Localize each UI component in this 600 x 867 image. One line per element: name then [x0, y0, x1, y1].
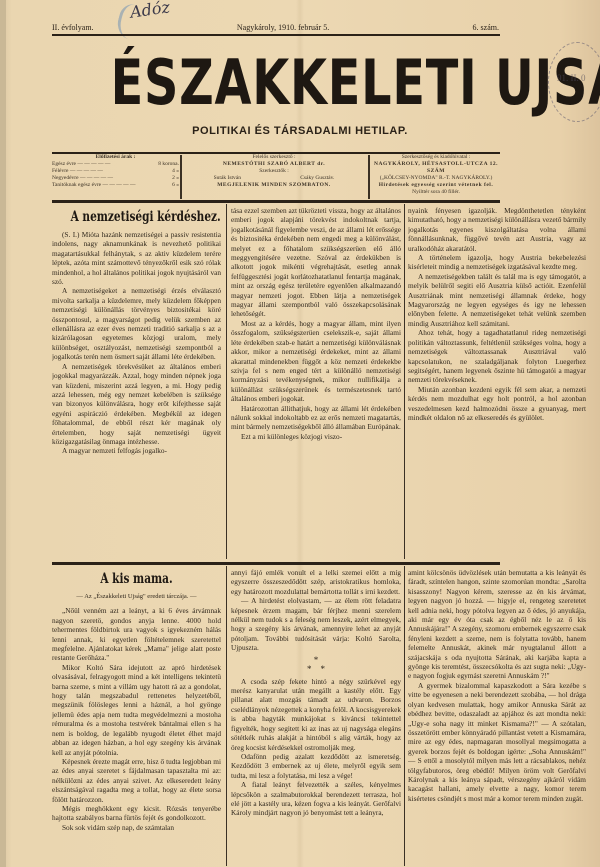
stamp-text: 91. II. 0 — [557, 73, 586, 83]
newspaper-page: Adóz II. évfolyam. Nagykároly, 1910. feb… — [0, 0, 600, 867]
paragraph: — A hirdetést elolvastam, — az élem rött… — [231, 596, 401, 652]
paragraph: amint kölcsönös üdvözlések után bemutatt… — [408, 568, 586, 681]
article-separator — [52, 562, 500, 565]
paragraph: „Nőül venném azt a leányt, a ki 6 éves á… — [52, 606, 221, 662]
paragraph: A gyermek bizalommal kapaszkodott a Sára… — [408, 681, 586, 803]
editor-name: NEMESTÓTHI SZABÓ ALBERT dr. — [184, 161, 364, 168]
paragraph: A magyar nemzeti felfogás jogalko- — [52, 446, 221, 455]
article2-column-3: amint kölcsönös üdvözlések után bemutatt… — [408, 568, 586, 863]
paragraph: (S. I.) Mióta hazánk nemzetiségei a pass… — [52, 230, 221, 286]
paragraph: A nemzetiségeket a nemzetiségi érzés elv… — [52, 286, 221, 361]
column-divider — [226, 566, 227, 866]
paragraph: Sok sok vidám szép nap, de számtalan — [52, 823, 221, 832]
paragraph: Miután azonban kezdeni egyik fél sem aka… — [408, 385, 586, 423]
paragraph: A történelem igazolja, hogy Austria beke… — [408, 253, 586, 272]
paragraph: Mikor Koltó Sára idejutott az apró hirde… — [52, 663, 221, 757]
paragraph: A nemzetiségek törekvésüket az általános… — [52, 362, 221, 447]
handwritten-signature: Adóz — [129, 0, 171, 22]
price-label: Félévre — — — — — — [52, 168, 103, 175]
divider — [368, 155, 370, 199]
column-divider — [404, 204, 405, 559]
editor-role: Felelős szerkesztő : — [184, 154, 364, 161]
price-row: Tanitóknak egész évre — — — — —6 » — [52, 182, 179, 189]
paragraph: Odafönn pedig azalatt kezdődött az ismer… — [231, 752, 401, 780]
volume-label: II. évfolyam. — [52, 23, 94, 32]
section-break-asterisks: ** * — [231, 656, 401, 674]
dateline-rule — [52, 34, 500, 36]
article2-subheading: — Az „Északkeleti Ujság" eredeti tárczáj… — [52, 592, 221, 601]
paragraph: tása ezzel szemben azt tükrözteti vissza… — [231, 206, 401, 319]
paragraph: Ahoz tehát, hogy a tagadhatatlanul rideg… — [408, 328, 586, 384]
dateline: II. évfolyam. Nagykároly, 1910. február … — [52, 23, 499, 32]
publication-schedule: MEGJELENIK MINDEN SZOMBATON. — [184, 182, 364, 189]
office-box: Szerkesztőség és kiadóhivatal : NAGYKÁRO… — [372, 154, 500, 200]
price-value: 4 » — [172, 168, 179, 175]
paragraph: Ezt a mi különleges közjogi viszo- — [231, 432, 401, 441]
header-rule-bottom — [52, 200, 500, 203]
paragraph: annyi fájó emlék vonult el a lelki szeme… — [231, 568, 401, 596]
subscription-box: Előfizetési árak : Egész évre — — — — —8… — [52, 154, 179, 200]
price-row: Félévre — — — — —4 » — [52, 168, 179, 175]
column-divider — [404, 566, 405, 866]
divider — [180, 155, 182, 199]
article1-headline: A nemzetiségi kérdéshez. — [71, 208, 203, 226]
paragraph: Mégis meghökkent egy kicsit. Rózsás teny… — [52, 804, 221, 823]
masthead-title: ÉSZAKKELETI UJSÁG. — [111, 50, 450, 116]
paragraph: nyaink fényesen igazolják. Megdönthetetl… — [408, 206, 586, 253]
article1-column-3: nyaink fényesen igazolják. Megdönthetetl… — [408, 206, 586, 556]
nyilter-price: Nyilttér sora 40 fillér. — [372, 189, 500, 196]
price-value: 2 » — [172, 175, 179, 182]
article2-column-1: A kis mama. — Az „Északkeleti Ujság" ere… — [52, 568, 221, 863]
article1-column-1: A nemzetiségi kérdéshez. (S. I.) Mióta h… — [52, 206, 221, 556]
issue-number: 6. szám. — [473, 23, 499, 32]
staff-role: Szerkesztők : — [184, 168, 364, 175]
place-date: Nagykároly, 1910. február 5. — [237, 23, 329, 32]
staff-member: Csáky Gusztáv. — [300, 175, 334, 182]
paragraph: Határozottan állithatjuk, hogy az állami… — [231, 404, 401, 432]
subscription-title: Előfizetési árak : — [52, 154, 179, 161]
page-edge — [0, 0, 6, 867]
price-label: Negyedévre — — — — — — [52, 175, 113, 182]
paragraph: A fiatal leányt felvezették a széles, ké… — [231, 780, 401, 818]
article1-column-2: tása ezzel szemben azt tükrözteti vissza… — [231, 206, 401, 556]
staff-member: Suták István — [214, 175, 241, 182]
price-value: 6 » — [172, 182, 179, 189]
paragraph: A nemzetiségekben talált és talál ma is … — [408, 272, 586, 328]
price-label: Egész évre — — — — — — [52, 161, 110, 168]
price-row: Negyedévre — — — — —2 » — [52, 175, 179, 182]
paragraph: A csoda szép fekete hintó a négy szürkév… — [231, 677, 401, 752]
printer-name: („KÖLCSEY-NYOMDA" R.-T. NAGYKÁROLY.) — [372, 175, 500, 182]
article2-column-2: annyi fájó emlék vonult el a lelki szeme… — [231, 568, 401, 863]
editorial-box: Felelős szerkesztő : NEMESTÓTHI SZABÓ AL… — [184, 154, 364, 200]
paragraph: Most az a kérdés, hogy a magyar állam, m… — [231, 319, 401, 404]
price-label: Tanitóknak egész évre — — — — — — [52, 182, 135, 189]
price-row: Egész évre — — — — —8 korona. — [52, 161, 179, 168]
office-address: NAGYKÁROLY, HÉTSASTOLL-UTCZA 12. SZÁM — [372, 161, 500, 175]
column-divider — [226, 204, 227, 559]
paragraph: Képesnek érezte magát erre, hisz ő tudta… — [52, 757, 221, 804]
article2-headline: A kis mama. — [71, 570, 203, 588]
library-stamp: 91. II. 0 — [548, 42, 600, 122]
masthead-subtitle: POLITIKAI ÉS TÁRSADALMI HETILAP. — [150, 125, 450, 137]
office-title: Szerkesztőség és kiadóhivatal : — [372, 154, 500, 161]
ads-notice: Hirdetések egyesség szerint vétetnek fel… — [372, 182, 500, 189]
price-value: 8 korona. — [158, 161, 179, 168]
